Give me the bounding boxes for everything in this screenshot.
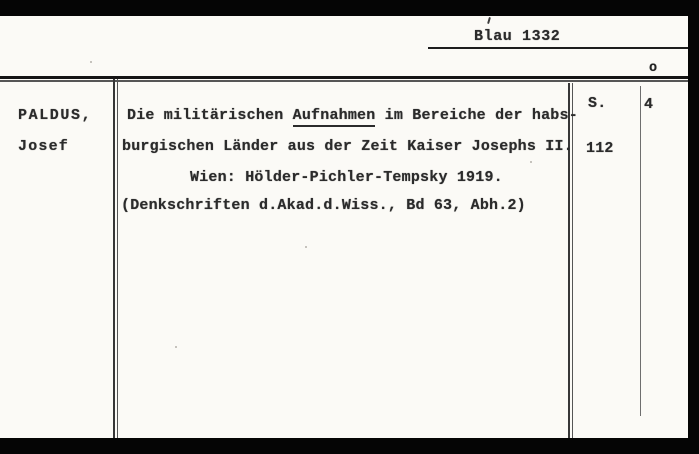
card-reference-underline: Blau 1332 (428, 27, 688, 49)
entry-series-note: (Denkschriften d.Akad.d.Wiss., Bd 63, Ab… (121, 196, 526, 216)
scanned-catalog-card-image: Blau 1332 o PALDUS, Josef Die militärisc… (0, 0, 699, 454)
title-text: im Bereiche der habs- (375, 107, 577, 124)
entry-imprint: Wien: Hölder-Pichler-Tempsky 1919. (190, 168, 503, 188)
scan-border-bottom (0, 438, 699, 454)
pages-abbreviation: S. (588, 94, 606, 114)
right-column-number: 4 (644, 95, 653, 115)
title-underlined-word: Aufnahmen (293, 107, 376, 127)
author-column-separator (117, 79, 118, 438)
scan-speckle (305, 246, 307, 248)
entry-title-line1: Die militärischen Aufnahmen im Bereiche … (127, 106, 578, 126)
card-reference-label: Blau 1332 (474, 29, 560, 45)
horizontal-rule-top (0, 76, 688, 79)
author-surname: PALDUS, (18, 106, 92, 126)
scan-border-top (0, 0, 699, 16)
horizontal-rule-bottom (0, 80, 688, 82)
scan-speckle (90, 61, 92, 63)
pages-count: 112 (586, 139, 614, 159)
author-given-name: Josef (18, 137, 69, 157)
scan-border-right (688, 0, 699, 454)
scan-speckle (175, 346, 177, 348)
circle-mark: o (649, 61, 657, 77)
entry-title-line2: burgischen Länder aus der Zeit Kaiser Jo… (122, 137, 573, 157)
author-column-separator (113, 79, 115, 438)
scan-speckle (530, 161, 532, 163)
right-column-separator (640, 86, 641, 416)
title-text: Die militärischen (127, 107, 293, 124)
